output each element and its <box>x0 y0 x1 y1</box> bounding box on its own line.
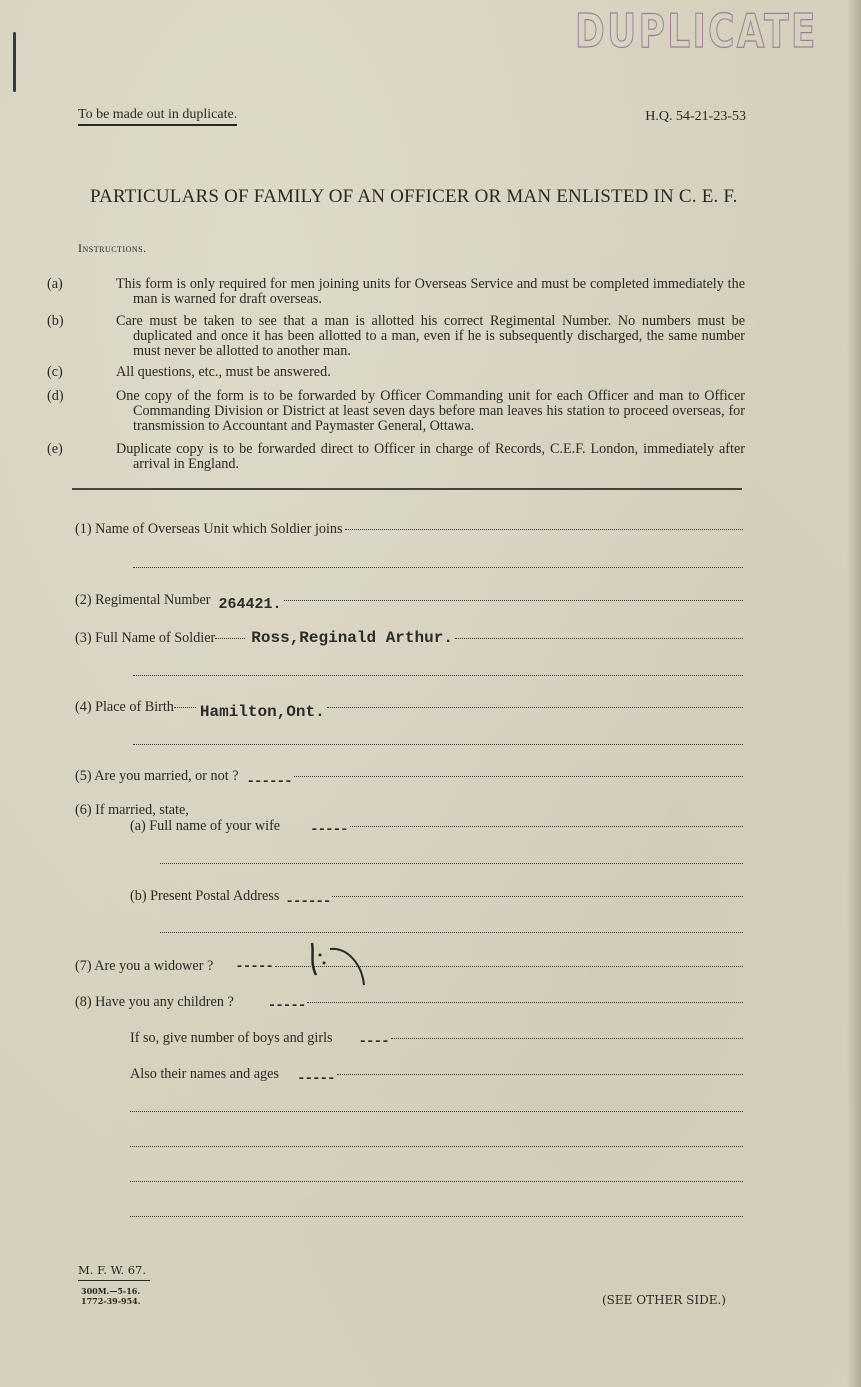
answer-line-continuation[interactable] <box>160 931 743 933</box>
ink-margin-mark <box>13 32 16 92</box>
question-label: (8) Have you any children ? <box>75 994 234 1011</box>
instruction-label: (a) <box>90 277 116 292</box>
answer-line[interactable] <box>345 528 743 530</box>
answer-line-continuation[interactable] <box>160 862 743 864</box>
form-code: M. F. W. 67. <box>78 1263 150 1281</box>
instruction-text: All questions, etc., must be answered. <box>116 364 331 380</box>
instruction-text: This form is only required for men joini… <box>116 276 745 307</box>
question-overseas-unit[interactable]: (1) Name of Overseas Unit which Soldier … <box>75 521 743 538</box>
question-children[interactable]: (8) Have you any children ? ----- <box>75 994 743 1011</box>
question-label: (3) Full Name of Soldier <box>75 630 215 647</box>
answer-line-continuation[interactable] <box>133 566 743 568</box>
question-label: (1) Name of Overseas Unit which Soldier … <box>75 521 343 538</box>
answer-line[interactable] <box>455 637 743 639</box>
married-value: ------ <box>247 774 292 790</box>
duplicate-stamp: DUPLICATE <box>575 4 818 58</box>
soldier-name-value: Ross,Reginald Arthur. <box>251 629 453 647</box>
answer-line-continuation[interactable] <box>130 1110 743 1112</box>
widower-value: ----- <box>235 959 273 975</box>
answer-line[interactable] <box>332 895 743 897</box>
question-label: Also their names and ages <box>130 1066 279 1083</box>
question-children-names[interactable]: Also their names and ages ----- <box>130 1066 743 1083</box>
answer-line-continuation[interactable] <box>133 674 743 676</box>
question-label: (b) Present Postal Address <box>130 888 279 905</box>
header-instruction: To be made out in duplicate. <box>78 107 237 126</box>
see-other-side-note: (SEE OTHER SIDE.) <box>602 1293 726 1307</box>
answer-line-continuation[interactable] <box>130 1215 743 1217</box>
print-line-2: 1772-39-954. <box>81 1296 141 1306</box>
answer-line[interactable] <box>284 599 743 601</box>
question-boys-girls[interactable]: If so, give number of boys and girls ---… <box>130 1030 743 1047</box>
question-label: If so, give number of boys and girls <box>130 1030 333 1047</box>
instruction-label: (e) <box>90 442 116 457</box>
question-postal-address[interactable]: (b) Present Postal Address ------ <box>130 888 743 905</box>
instruction-b: (b)Care must be taken to see that a man … <box>90 314 745 359</box>
answer-line-continuation[interactable] <box>133 743 743 745</box>
regimental-number-value: 264421. <box>219 596 282 613</box>
instruction-text: One copy of the form is to be forwarded … <box>116 388 745 434</box>
answer-line[interactable] <box>337 1073 743 1075</box>
instruction-label: (d) <box>90 389 116 404</box>
answer-line[interactable] <box>307 1001 743 1003</box>
postal-address-value: ------ <box>285 894 330 910</box>
instruction-e: (e)Duplicate copy is to be forwarded dir… <box>90 442 745 472</box>
instructions-heading: Instructions. <box>78 241 147 256</box>
form-title: PARTICULARS OF FAMILY OF AN OFFICER OR M… <box>90 186 738 208</box>
question-wife-name[interactable]: (a) Full name of your wife ----- <box>130 818 743 835</box>
instruction-text: Duplicate copy is to be forwarded direct… <box>116 441 745 472</box>
question-label: (4) Place of Birth <box>75 699 174 716</box>
leader-dots <box>174 707 196 708</box>
leader-dots <box>215 638 245 639</box>
answer-line[interactable] <box>350 825 743 827</box>
question-full-name[interactable]: (3) Full Name of Soldier Ross,Reginald A… <box>75 629 743 647</box>
answer-line[interactable] <box>391 1037 743 1039</box>
answer-line-continuation[interactable] <box>130 1180 743 1182</box>
question-label: (7) Are you a widower ? <box>75 958 213 975</box>
question-label: (6) If married, state, <box>75 802 189 819</box>
section-divider <box>72 488 742 490</box>
file-reference: H.Q. 54-21-23-53 <box>645 109 746 125</box>
place-of-birth-value: Hamilton,Ont. <box>200 703 325 721</box>
instruction-text: Care must be taken to see that a man is … <box>116 313 745 359</box>
wife-name-value: ----- <box>310 822 348 838</box>
answer-line[interactable] <box>327 706 743 708</box>
question-label: (5) Are you married, or not ? <box>75 768 239 785</box>
question-regimental-number[interactable]: (2) Regimental Number 264421. <box>75 592 743 609</box>
answer-line-continuation[interactable] <box>130 1145 743 1147</box>
boys-girls-value: ---- <box>359 1034 389 1050</box>
instruction-c: (c)All questions, etc., must be answered… <box>90 365 745 380</box>
instruction-d: (d)One copy of the form is to be forward… <box>90 389 745 434</box>
children-names-value: ----- <box>297 1071 335 1087</box>
print-info: 300M.—5-16. 1772-39-954. <box>81 1286 141 1306</box>
answer-line[interactable] <box>294 775 743 777</box>
print-line-1: 300M.—5-16. <box>81 1286 141 1296</box>
instruction-a: (a)This form is only required for men jo… <box>90 277 745 307</box>
question-if-married: (6) If married, state, <box>75 802 189 819</box>
children-value: ----- <box>268 998 306 1014</box>
question-label: (2) Regimental Number <box>75 592 211 609</box>
page-edge-shadow <box>847 0 861 1387</box>
question-label: (a) Full name of your wife <box>130 818 280 835</box>
question-married[interactable]: (5) Are you married, or not ? ------ <box>75 768 743 785</box>
instruction-label: (c) <box>90 365 116 380</box>
question-widower[interactable]: (7) Are you a widower ? ----- <box>75 958 743 975</box>
question-place-of-birth[interactable]: (4) Place of Birth Hamilton,Ont. <box>75 698 743 716</box>
ink-scribble <box>290 935 390 995</box>
instruction-label: (b) <box>90 314 116 329</box>
